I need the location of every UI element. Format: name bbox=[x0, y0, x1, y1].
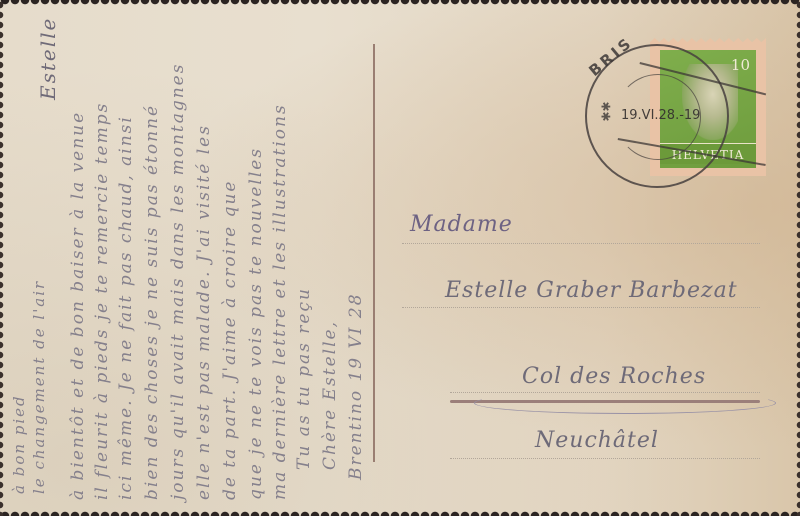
message-line: il fleurit à pieds je te remercie temps bbox=[92, 102, 112, 500]
message-line: ma dernière lettre et les illustrations bbox=[270, 103, 290, 500]
message-line: à bientôt et de bon baiser à la venue bbox=[68, 111, 88, 500]
postmark-date: 19.VI.28.-19 bbox=[621, 108, 700, 123]
margin-signature: Estelle bbox=[36, 17, 60, 100]
deckled-edge-right bbox=[795, 0, 800, 516]
place-date: Brentino 19 VI 28 bbox=[346, 292, 366, 480]
recipient-city: Neuchâtel bbox=[535, 428, 659, 453]
postmark-town: BRIS bbox=[585, 33, 636, 80]
address-line-1 bbox=[402, 243, 760, 244]
message-line: bien des choses je ne suis pas étonné bbox=[142, 104, 162, 500]
margin-line: le changement de l'air bbox=[30, 280, 48, 494]
street-underline-loop bbox=[474, 392, 776, 414]
deckled-edge-top bbox=[0, 0, 800, 6]
recipient-name: Estelle Graber Barbezat bbox=[445, 278, 738, 303]
star-icon: ✱✱ bbox=[598, 101, 613, 121]
address-line-4 bbox=[450, 458, 760, 459]
margin-line: à bon pied bbox=[10, 394, 28, 494]
message-line: Tu as tu pas reçu bbox=[294, 287, 314, 470]
address-line-2 bbox=[402, 307, 760, 308]
center-divider bbox=[373, 44, 375, 462]
recipient-title: Madame bbox=[410, 212, 513, 237]
postcard-back: à bon pied le changement de l'air Estell… bbox=[0, 0, 800, 516]
message-line: de ta part. J'aime à croire que bbox=[220, 180, 240, 501]
stamp-value: 10 bbox=[731, 56, 750, 74]
handwritten-message: à bon pied le changement de l'air Estell… bbox=[8, 10, 368, 500]
message-line: que je ne te vois pas te nouvelles bbox=[246, 147, 266, 500]
deckled-edge-bottom bbox=[0, 510, 800, 516]
message-line: elle n'est pas malade. J'ai visité les bbox=[194, 124, 214, 500]
salutation: Chère Estelle, bbox=[320, 320, 340, 470]
recipient-street: Col des Roches bbox=[522, 364, 706, 389]
message-line: jours qu'il avait mais dans les montagne… bbox=[168, 63, 188, 500]
deckled-edge-left bbox=[0, 0, 5, 516]
message-line: ici même. Je ne fait pas chaud, ainsi bbox=[116, 115, 136, 500]
